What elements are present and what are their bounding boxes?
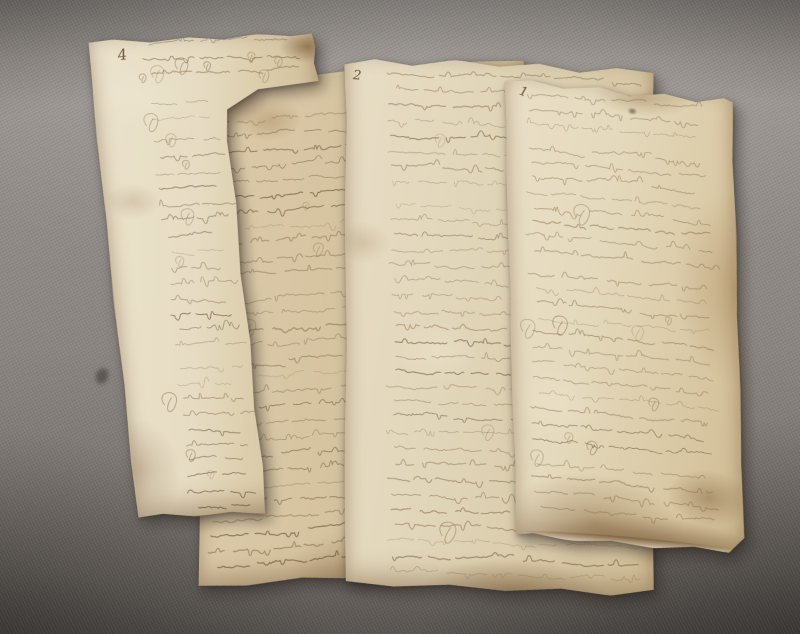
page-number-4: 4 [116,47,128,63]
handwriting [503,77,745,556]
paper-surface: 1 [503,77,745,556]
page-number-2: 2 [352,69,361,83]
fabric-smudge [94,366,111,385]
photo-scene: 3 2 4 1 [0,0,800,634]
manuscript-page-1: 1 [503,77,745,556]
